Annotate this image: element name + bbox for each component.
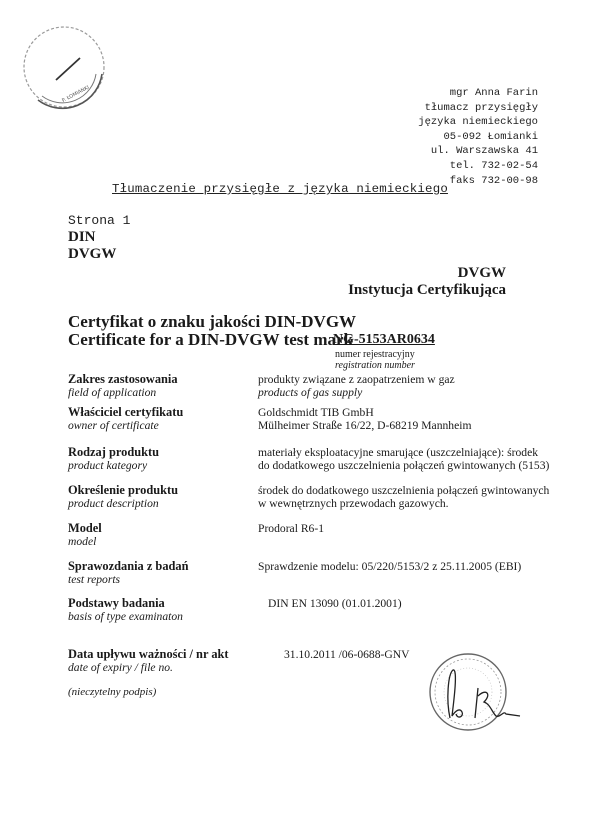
translator-postal: 05-092 Łomianki	[418, 130, 538, 145]
field-label-en: product description	[68, 497, 258, 510]
field-label-pl: Określenie produktu	[68, 484, 258, 497]
field-value: materiały eksploatacyjne smarujące (uszc…	[258, 446, 549, 459]
field-label-pl: Sprawozdania z badań	[68, 560, 258, 573]
translator-phone: tel. 732-02-54	[418, 159, 538, 174]
field-value: Prodoral R6-1	[258, 522, 324, 535]
field-label-pl: Rodzaj produktu	[68, 446, 258, 459]
certificate-title-en: Certificate for a DIN-DVGW test mark	[68, 330, 353, 350]
field-label-en: test reports	[68, 573, 258, 586]
field-value-en: products of gas supply	[258, 386, 455, 399]
registration-number: NG-5153AR0634	[333, 332, 435, 348]
field-label-pl: Data upływu ważności / nr akt	[68, 648, 258, 661]
org-dvgw: DVGW	[68, 246, 116, 263]
certificate-title-pl: Certyfikat o znaku jakości DIN-DVGW	[68, 312, 356, 332]
field-label-en: product kategory	[68, 459, 258, 472]
issuer-role: Instytucja Certyfikująca	[348, 282, 506, 299]
field-value-line2: Mülheimer Straße 16/22, D-68219 Mannheim	[258, 419, 471, 432]
translator-language: języka niemieckiego	[418, 115, 538, 130]
translator-info: mgr Anna Farin tłumacz przysięgły języka…	[418, 86, 538, 188]
registration-label-en: registration number	[335, 360, 415, 371]
field-label-en: basis of type examinaton	[68, 610, 258, 623]
field-label-pl: Zakres zastosowania	[68, 373, 258, 386]
field-label-pl: Właściciel certyfikatu	[68, 406, 258, 419]
field-label-pl: Model	[68, 522, 258, 535]
translator-title: tłumacz przysięgły	[418, 101, 538, 116]
field-value: środek do dodatkowego uszczelnienia połą…	[258, 484, 549, 497]
translator-street: ul. Warszawska 41	[418, 144, 538, 159]
field-label-en: date of expiry / file no.	[68, 661, 258, 674]
field-value: 31.10.2011 /06-0688-GNV	[284, 648, 409, 661]
translator-name: mgr Anna Farin	[418, 86, 538, 101]
registration-label-pl: numer rejestracyjny	[335, 349, 415, 360]
issuer-name: DVGW	[458, 265, 506, 282]
signature-note: (nieczytelny podpis)	[68, 686, 156, 698]
field-value: produkty związane z zaopatrzeniem w gaz	[258, 373, 455, 386]
translation-title: Tłumaczenie przysięgłe z języka niemieck…	[112, 182, 448, 196]
field-value-line2: w wewnętrznych przewodach gazowych.	[258, 497, 549, 510]
field-label-en: model	[68, 535, 258, 548]
official-seal-signature-icon	[420, 640, 530, 740]
seal-stamp-icon: P. ŁOMIANKI	[18, 22, 110, 112]
org-din: DIN	[68, 229, 96, 246]
field-value: Goldschmidt TIB GmbH	[258, 406, 471, 419]
field-value: Sprawdzenie modelu: 05/220/5153/2 z 25.1…	[258, 560, 521, 573]
page-number: Strona 1	[68, 213, 130, 228]
field-value-line2: do dodatkowego uszczelnienia połączeń gw…	[258, 459, 549, 472]
field-label-pl: Podstawy badania	[68, 597, 258, 610]
field-label-en: owner of certificate	[68, 419, 258, 432]
field-value: DIN EN 13090 (01.01.2001)	[268, 597, 402, 610]
field-label-en: field of application	[68, 386, 258, 399]
